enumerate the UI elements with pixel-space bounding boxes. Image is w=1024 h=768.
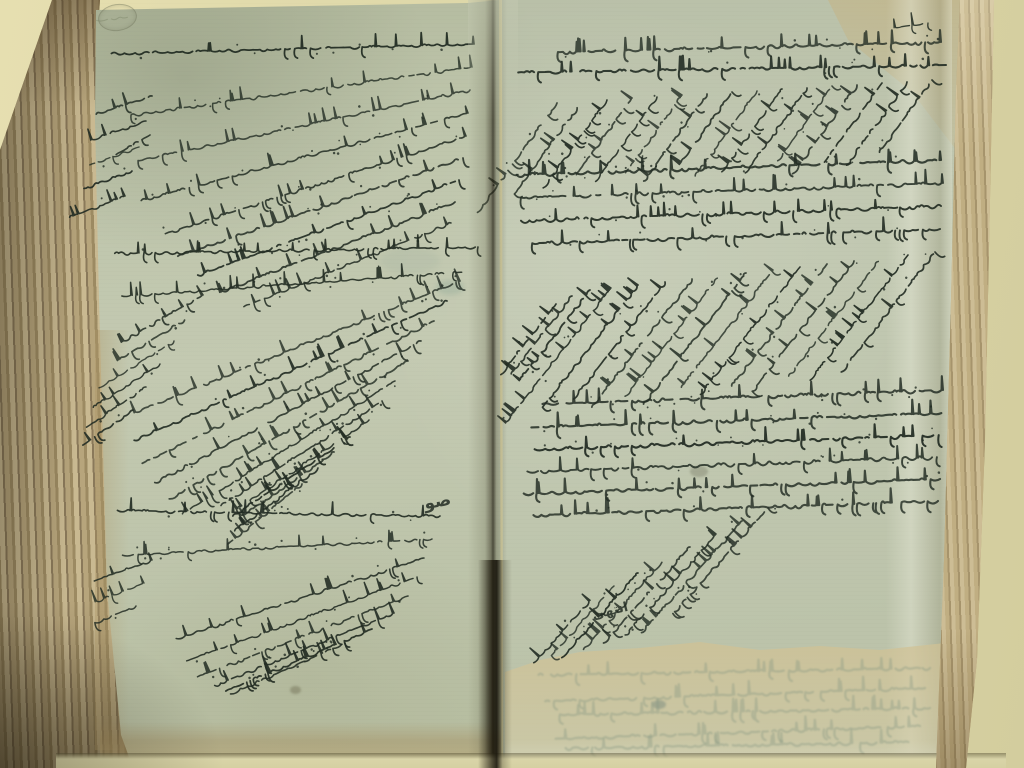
left-page-worn-margin <box>95 330 129 750</box>
paper-stain <box>290 686 301 694</box>
manuscript-photo: صو انتهى <box>0 0 1024 768</box>
gutter-top-fade <box>468 0 518 120</box>
ink-smudge <box>436 280 464 295</box>
left-page-paper-texture <box>95 0 501 768</box>
ink-spot <box>652 700 666 709</box>
gutter-deep-crease <box>478 560 512 768</box>
paper-stain <box>380 248 440 274</box>
paper-stain <box>690 466 708 477</box>
table-surface-strip <box>56 753 1006 768</box>
